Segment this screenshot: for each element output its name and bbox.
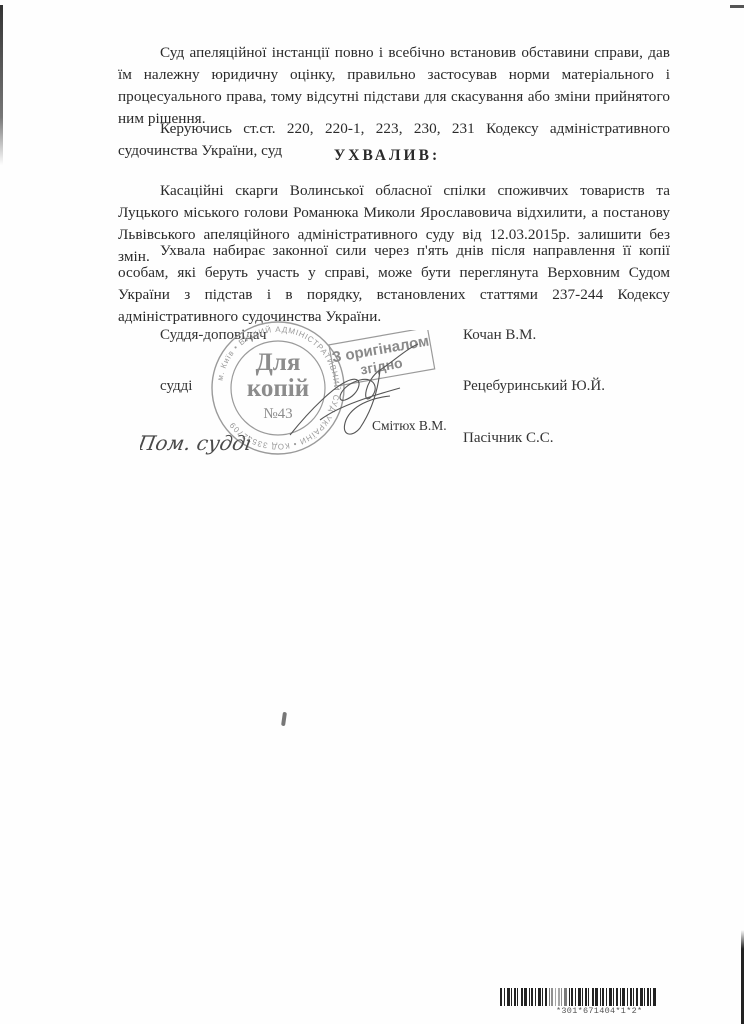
barcode-number: *301*671404*1*2* — [556, 1006, 642, 1016]
rapporteur-name: Кочан В.М. — [463, 325, 536, 345]
scan-edge-left — [0, 5, 3, 165]
paragraph-appeal-court-assessment: Суд апеляційної інстанції повно і всебіч… — [118, 42, 670, 130]
judge-name-3: Пасічник С.С. — [463, 428, 553, 448]
decision-heading: УХВАЛИВ: — [0, 147, 744, 165]
scan-edge-right-top — [730, 5, 744, 8]
ink-smudge — [281, 712, 287, 726]
assistant-judge-handwritten-note: Пом. судді — [140, 422, 250, 462]
paragraph-legal-effect: Ухвала набирає законної сили через п'ять… — [118, 240, 670, 328]
judge-signature-icon — [280, 340, 430, 440]
document-barcode — [500, 988, 708, 1006]
svg-text:Пом. судді: Пом. судді — [140, 431, 250, 455]
judges-label: судді — [160, 376, 192, 396]
judge-name-1: Рецебуринський Ю.Й. — [463, 376, 605, 396]
document-page: Суд апеляційної інстанції повно і всебіч… — [0, 0, 744, 1024]
